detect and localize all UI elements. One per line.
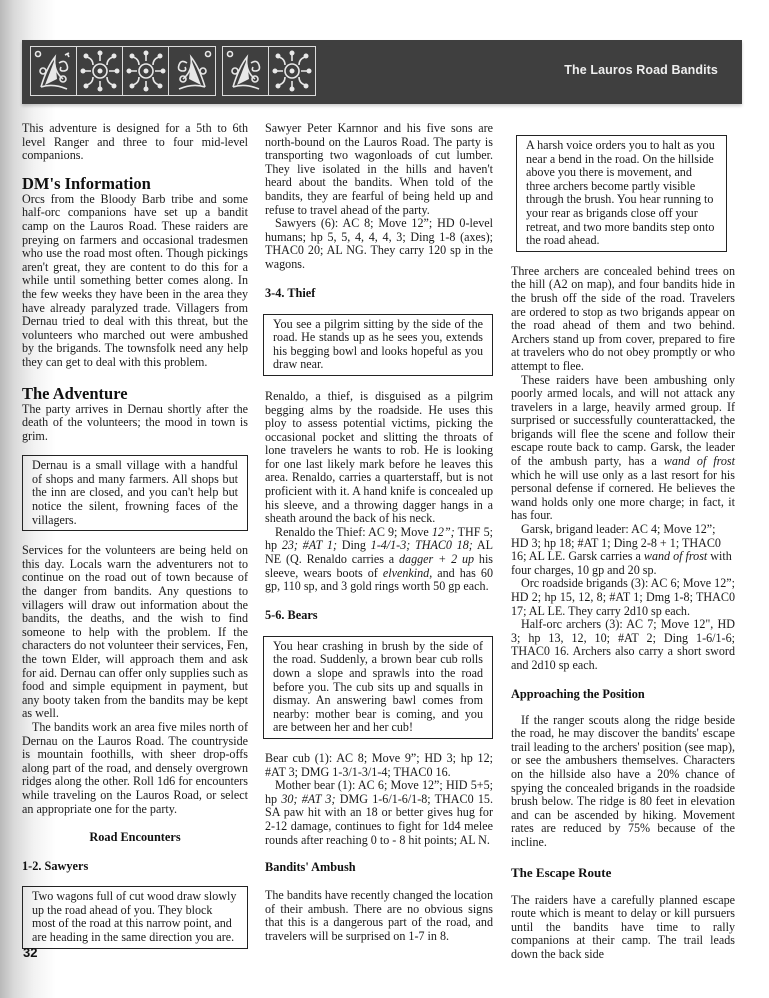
- page-number: 32: [23, 946, 37, 960]
- dm-info-text: Orcs from the Bloody Barb tribe and some…: [22, 193, 248, 370]
- bears-heading: 5-6. Bears: [265, 608, 493, 622]
- intro-text: This adventure is designed for a 5th to …: [22, 122, 248, 163]
- column-1: This adventure is designed for a 5th to …: [22, 122, 248, 949]
- sawyers-heading: 1-2. Sawyers: [22, 859, 248, 873]
- escape-route-heading: The Escape Route: [511, 866, 735, 880]
- garsk-stats: Garsk, brigand leader: AC 4; Move 12”; H…: [511, 523, 735, 577]
- page-header-banner: The Lauros Road Bandits: [22, 40, 742, 104]
- column-3: A harsh voice orders you to halt as you …: [511, 135, 735, 961]
- ornament-group-1: [30, 46, 216, 96]
- dragon-ornament-icon: [169, 47, 215, 95]
- orc-brigands-stats: Orc roadside brigands (3): AC 6; Move 12…: [511, 577, 735, 618]
- services-text: Services for the volunteers are being he…: [22, 544, 248, 721]
- thief-text: Renaldo, a thief, is disguised as a pilg…: [265, 390, 493, 526]
- boxed-text-ambush: A harsh voice orders you to halt as you …: [516, 135, 727, 252]
- archers-concealed-text: Three archers are concealed behind trees…: [511, 265, 735, 374]
- bear-cub-stats: Bear cub (1): AC 8; Move 9”; HD 3; hp 12…: [265, 752, 493, 779]
- floral-ornament-icon: [77, 47, 123, 95]
- boxed-text-bears: You hear crashing in brush by the side o…: [263, 636, 493, 739]
- dragon-ornament-icon: [223, 47, 269, 95]
- boxed-sawyers-text: Two wagons full of cut wood draw slowly …: [32, 890, 238, 944]
- boxed-ambush-text: A harsh voice orders you to halt as you …: [526, 139, 717, 248]
- road-encounters-heading: Road Encounters: [22, 830, 248, 844]
- column-2: Sawyer Peter Karnnor and his five sons a…: [265, 122, 493, 944]
- floral-ornament-icon: [269, 47, 315, 95]
- ambush-text: The bandits have recently changed the lo…: [265, 889, 493, 943]
- dragon-ornament-icon: [31, 47, 77, 95]
- thief-stats: Renaldo the Thief: AC 9; Move 12”; THF 5…: [265, 526, 493, 594]
- thief-heading: 3-4. Thief: [265, 286, 493, 300]
- approaching-text: If the ranger scouts along the ridge bes…: [511, 714, 735, 850]
- sawyers-stats: Sawyers (6): AC 8; Move 12”; HD 0-level …: [265, 217, 493, 271]
- boxed-text-dernau: Dernau is a small village with a handful…: [22, 455, 248, 531]
- boxed-dernau-text: Dernau is a small village with a handful…: [32, 459, 238, 527]
- bandits-area-text: The bandits work an area five miles nort…: [22, 721, 248, 816]
- dm-info-heading: DM's Information: [22, 175, 248, 193]
- raiders-text: These raiders have been ambushing only p…: [511, 374, 735, 524]
- sawyers-text: Sawyer Peter Karnnor and his five sons a…: [265, 122, 493, 217]
- approaching-heading: Approaching the Position: [511, 687, 735, 701]
- boxed-bears-text: You hear crashing in brush by the side o…: [273, 640, 483, 735]
- ambush-heading: Bandits' Ambush: [265, 860, 493, 874]
- page-title: The Lauros Road Bandits: [564, 64, 718, 78]
- ornament-group-2: [222, 46, 316, 96]
- boxed-text-thief: You see a pilgrim sitting by the side of…: [263, 314, 493, 376]
- floral-ornament-icon: [123, 47, 169, 95]
- half-orc-archers-stats: Half-orc archers (3): AC 7; Move 12", HD…: [511, 618, 735, 672]
- boxed-thief-text: You see a pilgrim sitting by the side of…: [273, 318, 483, 372]
- ornament-strip: [30, 46, 316, 96]
- boxed-text-sawyers: Two wagons full of cut wood draw slowly …: [22, 886, 248, 948]
- adventure-heading: The Adventure: [22, 385, 248, 403]
- adventure-text: The party arrives in Dernau shortly afte…: [22, 403, 248, 444]
- escape-route-text: The raiders have a carefully planned esc…: [511, 894, 735, 962]
- mother-bear-stats: Mother bear (1): AC 6; Move 12”; HID 5+5…: [265, 779, 493, 847]
